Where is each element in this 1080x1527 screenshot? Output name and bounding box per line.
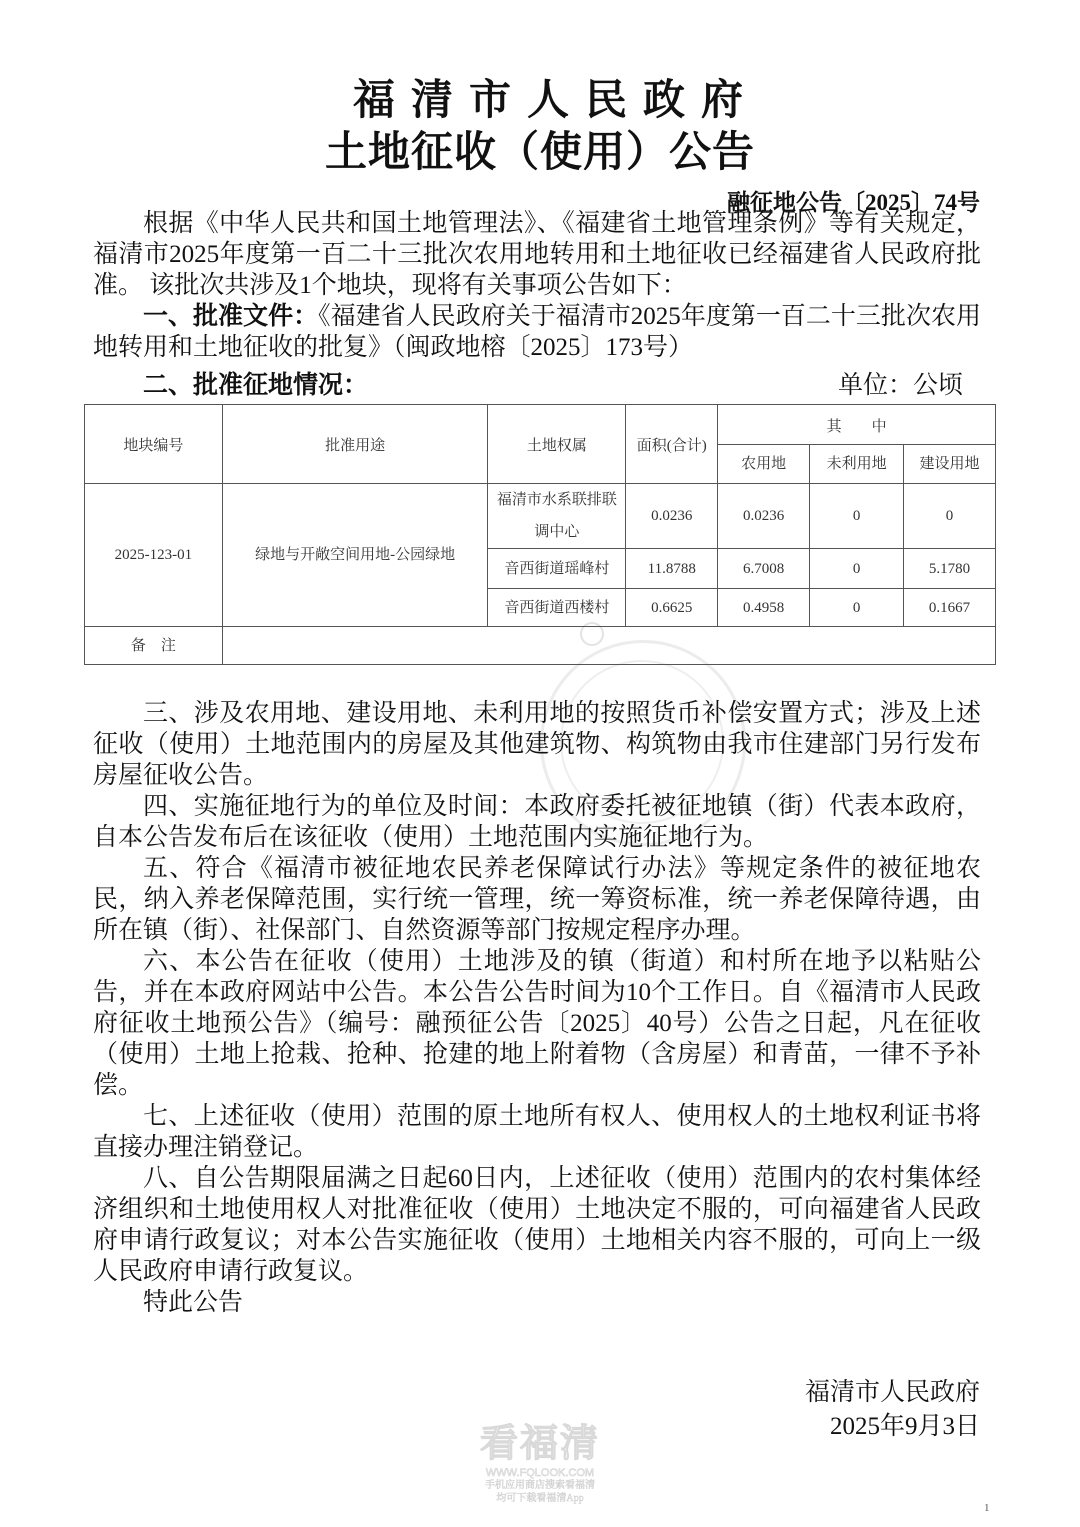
section-4: 四、实施征地行为的单位及时间：本政府委托被征地镇（街）代表本政府，自本公告发布后… xyxy=(93,791,981,853)
header-ownership: 土地权属 xyxy=(488,405,626,484)
header-unused: 未利用地 xyxy=(810,445,904,484)
header-purpose: 批准用途 xyxy=(222,405,488,484)
cell-farmland: 0.0236 xyxy=(718,484,810,549)
page-title: 土地征收（使用）公告 xyxy=(0,132,1080,174)
signature-issuer: 福清市人民政府 xyxy=(805,1372,980,1408)
page-number: 1 xyxy=(984,1502,990,1514)
watermark-url: WWW.FQLOOK.COM xyxy=(470,1467,610,1479)
header-area-total: 面积(合计) xyxy=(626,405,718,484)
cell-unused: 0 xyxy=(810,484,904,549)
section-8: 八、自公告期限届满之日起60日内，上述征收（使用）范围内的农村集体经济组织和土地… xyxy=(93,1163,981,1287)
section-2-heading: 二、批准征地情况： 单位：公顷 xyxy=(93,370,963,401)
cell-area-total: 0.6625 xyxy=(626,589,718,627)
closing-line: 特此公告 xyxy=(93,1287,981,1318)
section-5: 五、符合《福清市被征地农民养老保障试行办法》等规定条件的被征地农民，纳入养老保障… xyxy=(93,853,981,946)
cell-construction: 5.1780 xyxy=(904,549,996,589)
page-title-issuer: 福清市人民政府 xyxy=(0,80,1080,122)
section-6: 六、本公告在征收（使用）土地涉及的镇（街道）和村所在地予以粘贴公告，并在本政府网… xyxy=(93,946,981,1101)
section-1: 一、批准文件：《福建省人民政府关于福清市2025年度第一百二十三批次农用地转用和… xyxy=(93,301,981,363)
section-7: 七、上述征收（使用）范围的原土地所有权人、使用权人的土地权利证书将直接办理注销登… xyxy=(93,1101,981,1163)
header-parcel-id: 地块编号 xyxy=(85,405,223,484)
remarks-value xyxy=(222,627,995,665)
intro-section: 根据《中华人民共和国土地管理法》、《福建省土地管理条例》等有关规定，福清市202… xyxy=(93,208,981,363)
watermark-line1: 手机应用商店搜索看福清 xyxy=(470,1479,610,1492)
cell-purpose: 绿地与开敞空间用地-公园绿地 xyxy=(222,484,488,627)
cell-unused: 0 xyxy=(810,549,904,589)
remarks-label: 备 注 xyxy=(85,627,223,665)
watermark-logo: 看福清 WWW.FQLOOK.COM 手机应用商店搜索看福清 均可下载看福清Ap… xyxy=(470,1412,610,1505)
unit-label: 单位：公顷 xyxy=(838,370,963,401)
land-table: 地块编号 批准用途 土地权属 面积(合计) 其 中 农用地 未利用地 建设用地 … xyxy=(84,404,996,665)
header-farmland: 农用地 xyxy=(718,445,810,484)
cell-ownership: 音西街道瑶峰村 xyxy=(488,549,626,589)
watermark-brand: 看福清 xyxy=(470,1412,610,1467)
body-sections: 三、涉及农用地、建设用地、未利用地的按照货币补偿安置方式；涉及上述征收（使用）土… xyxy=(93,698,981,1318)
section-1-label: 一、批准文件： xyxy=(143,303,318,330)
header-of-which: 其 中 xyxy=(718,405,996,445)
header-construction: 建设用地 xyxy=(904,445,996,484)
cell-construction: 0 xyxy=(904,484,996,549)
section-3: 三、涉及农用地、建设用地、未利用地的按照货币补偿安置方式；涉及上述征收（使用）土… xyxy=(93,698,981,791)
cell-unused: 0 xyxy=(810,589,904,627)
cell-farmland: 0.4958 xyxy=(718,589,810,627)
cell-parcel-id: 2025-123-01 xyxy=(85,484,223,627)
remarks-row: 备 注 xyxy=(85,627,996,665)
cell-ownership: 音西街道西楼村 xyxy=(488,589,626,627)
signature-date: 2025年9月3日 xyxy=(830,1406,980,1442)
cell-farmland: 6.7008 xyxy=(718,549,810,589)
cell-area-total: 11.8788 xyxy=(626,549,718,589)
table-row: 2025-123-01 绿地与开敞空间用地-公园绿地 福清市水系联排联调中心 0… xyxy=(85,484,996,549)
cell-construction: 0.1667 xyxy=(904,589,996,627)
intro-paragraph: 根据《中华人民共和国土地管理法》、《福建省土地管理条例》等有关规定，福清市202… xyxy=(93,208,981,301)
cell-ownership: 福清市水系联排联调中心 xyxy=(488,484,626,549)
watermark-line2: 均可下载看福清App xyxy=(470,1492,610,1505)
section-2-label: 二、批准征地情况： xyxy=(93,372,368,399)
cell-area-total: 0.0236 xyxy=(626,484,718,549)
